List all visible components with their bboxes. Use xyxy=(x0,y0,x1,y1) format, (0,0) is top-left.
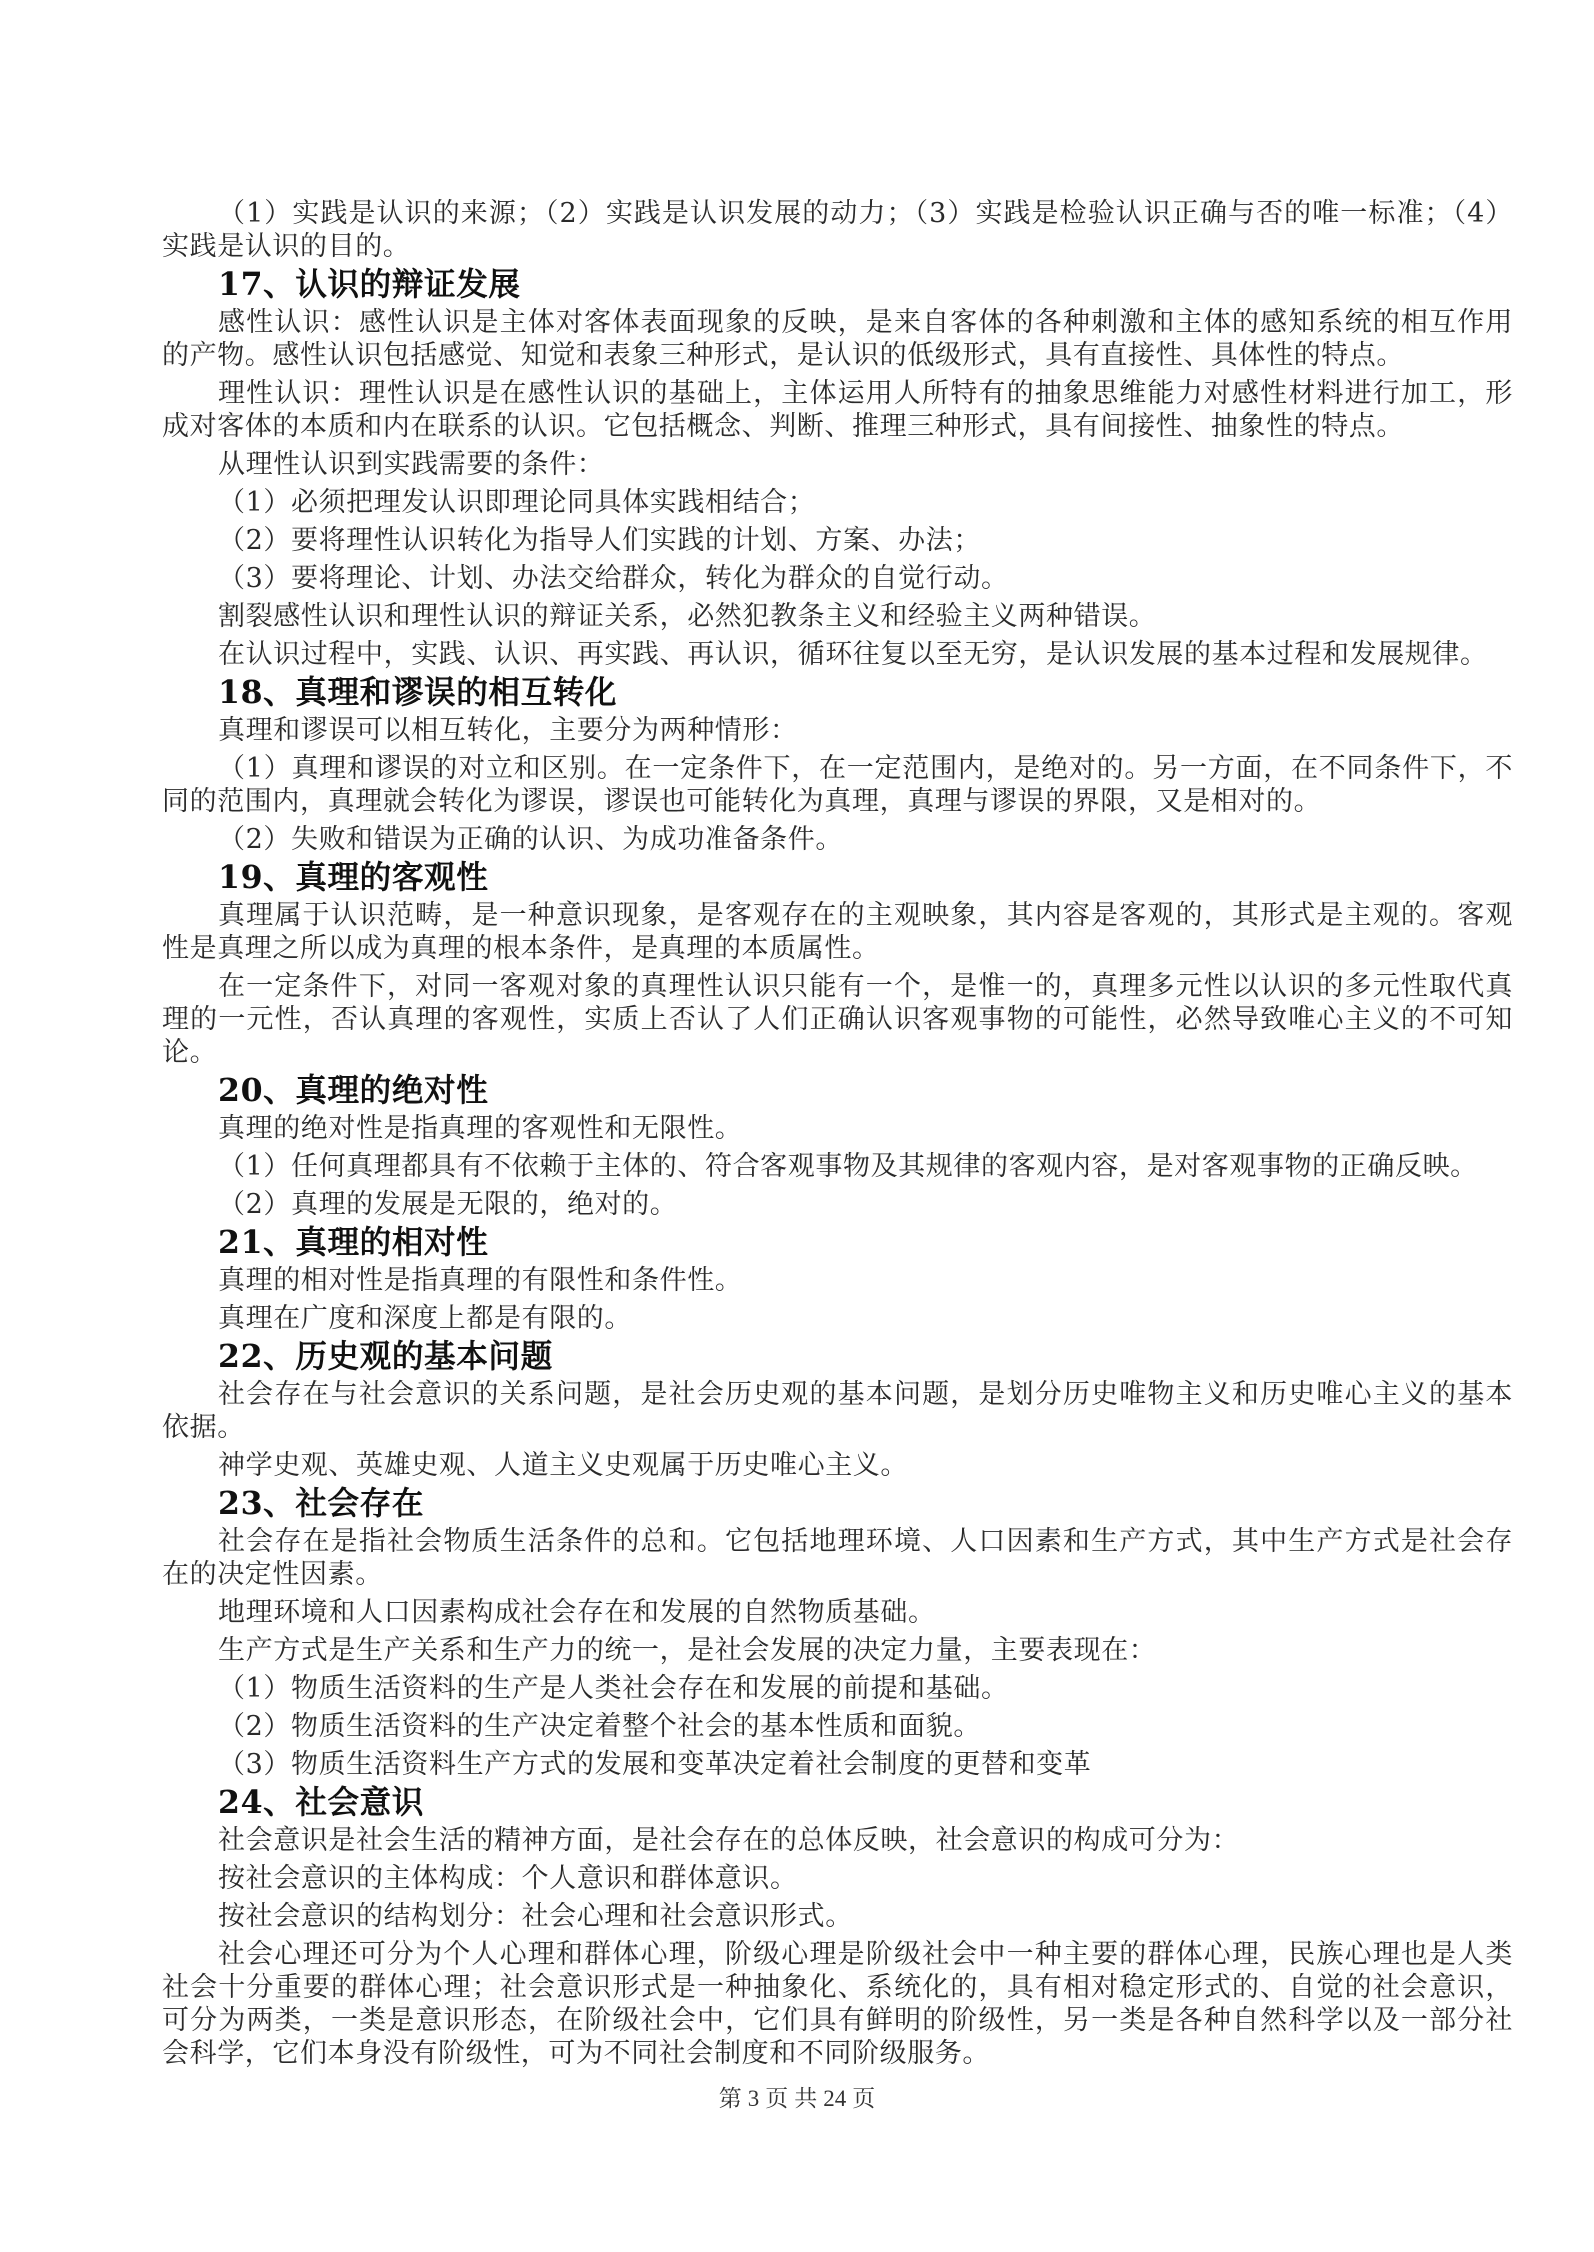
paragraph: 地理环境和人口因素构成社会存在和发展的自然物质基础。 xyxy=(162,1596,1513,1629)
paragraph: 真理的相对性是指真理的有限性和条件性。 xyxy=(162,1264,1513,1297)
paragraph: 真理在广度和深度上都是有限的。 xyxy=(162,1302,1513,1335)
paragraph: 从理性认识到实践需要的条件： xyxy=(162,448,1513,481)
current-page-number: 3 xyxy=(748,2086,760,2111)
list-item: （2）物质生活资料的生产决定着整个社会的基本性质和面貌。 xyxy=(162,1710,1513,1743)
paragraph: 割裂感性认识和理性认识的辩证关系，必然犯教条主义和经验主义两种错误。 xyxy=(162,600,1513,633)
section-heading-23: 23、社会存在 xyxy=(162,1487,1513,1520)
footer-page-word: 页 xyxy=(765,2086,788,2111)
list-item: （1）任何真理都具有不依赖于主体的、符合客观事物及其规律的客观内容，是对客观事物… xyxy=(162,1150,1513,1183)
section-heading-22: 22、历史观的基本问题 xyxy=(162,1340,1513,1373)
list-item: （2）失败和错误为正确的认识、为成功准备条件。 xyxy=(162,823,1513,856)
footer-prefix: 第 xyxy=(719,2086,742,2111)
total-pages-number: 24 xyxy=(823,2086,846,2111)
footer-suffix: 页 xyxy=(852,2086,875,2111)
list-item: （2）要将理性认识转化为指导人们实践的计划、方案、办法； xyxy=(162,524,1513,557)
paragraph: 在认识过程中，实践、认识、再实践、再认识，循环往复以至无穷，是认识发展的基本过程… xyxy=(162,638,1513,671)
section-heading-17: 17、认识的辩证发展 xyxy=(162,268,1513,301)
paragraph: （1）实践是认识的来源；（2）实践是认识发展的动力；（3）实践是检验认识正确与否… xyxy=(162,197,1513,263)
document-body: （1）实践是认识的来源；（2）实践是认识发展的动力；（3）实践是检验认识正确与否… xyxy=(162,197,1513,2070)
list-item: （3）物质生活资料生产方式的发展和变革决定着社会制度的更替和变革 xyxy=(162,1748,1513,1781)
page-footer: 第3页共24页 xyxy=(0,2080,1594,2113)
paragraph: 神学史观、英雄史观、人道主义史观属于历史唯心主义。 xyxy=(162,1449,1513,1482)
paragraph: 真理的绝对性是指真理的客观性和无限性。 xyxy=(162,1112,1513,1145)
section-heading-20: 20、真理的绝对性 xyxy=(162,1074,1513,1107)
list-item: （1）物质生活资料的生产是人类社会存在和发展的前提和基础。 xyxy=(162,1672,1513,1705)
paragraph: 在一定条件下，对同一客观对象的真理性认识只能有一个，是惟一的，真理多元性以认识的… xyxy=(162,970,1513,1069)
section-heading-24: 24、社会意识 xyxy=(162,1786,1513,1819)
list-item: （1）必须把理发认识即理论同具体实践相结合； xyxy=(162,486,1513,519)
section-heading-19: 19、真理的客观性 xyxy=(162,861,1513,894)
paragraph: 感性认识：感性认识是主体对客体表面现象的反映，是来自客体的各种刺激和主体的感知系… xyxy=(162,306,1513,372)
paragraph: 社会存在是指社会物质生活条件的总和。它包括地理环境、人口因素和生产方式，其中生产… xyxy=(162,1525,1513,1591)
paragraph: 理性认识：理性认识是在感性认识的基础上，主体运用人所特有的抽象思维能力对感性材料… xyxy=(162,377,1513,443)
paragraph: 社会意识是社会生活的精神方面，是社会存在的总体反映，社会意识的构成可分为： xyxy=(162,1824,1513,1857)
section-heading-21: 21、真理的相对性 xyxy=(162,1226,1513,1259)
paragraph: 生产方式是生产关系和生产力的统一，是社会发展的决定力量，主要表现在： xyxy=(162,1634,1513,1667)
paragraph: 社会存在与社会意识的关系问题，是社会历史观的基本问题，是划分历史唯物主义和历史唯… xyxy=(162,1378,1513,1444)
paragraph: 按社会意识的结构划分：社会心理和社会意识形式。 xyxy=(162,1900,1513,1933)
section-heading-18: 18、真理和谬误的相互转化 xyxy=(162,676,1513,709)
paragraph: 真理和谬误可以相互转化，主要分为两种情形： xyxy=(162,714,1513,747)
footer-total-word: 共 xyxy=(794,2086,817,2111)
list-item: （1）真理和谬误的对立和区别。在一定条件下，在一定范围内，是绝对的。另一方面，在… xyxy=(162,752,1513,818)
list-item: （2）真理的发展是无限的，绝对的。 xyxy=(162,1188,1513,1221)
paragraph: 真理属于认识范畴，是一种意识现象，是客观存在的主观映象，其内容是客观的，其形式是… xyxy=(162,899,1513,965)
paragraph: 社会心理还可分为个人心理和群体心理，阶级心理是阶级社会中一种主要的群体心理，民族… xyxy=(162,1938,1513,2070)
paragraph: 按社会意识的主体构成：个人意识和群体意识。 xyxy=(162,1862,1513,1895)
list-item: （3）要将理论、计划、办法交给群众，转化为群众的自觉行动。 xyxy=(162,562,1513,595)
